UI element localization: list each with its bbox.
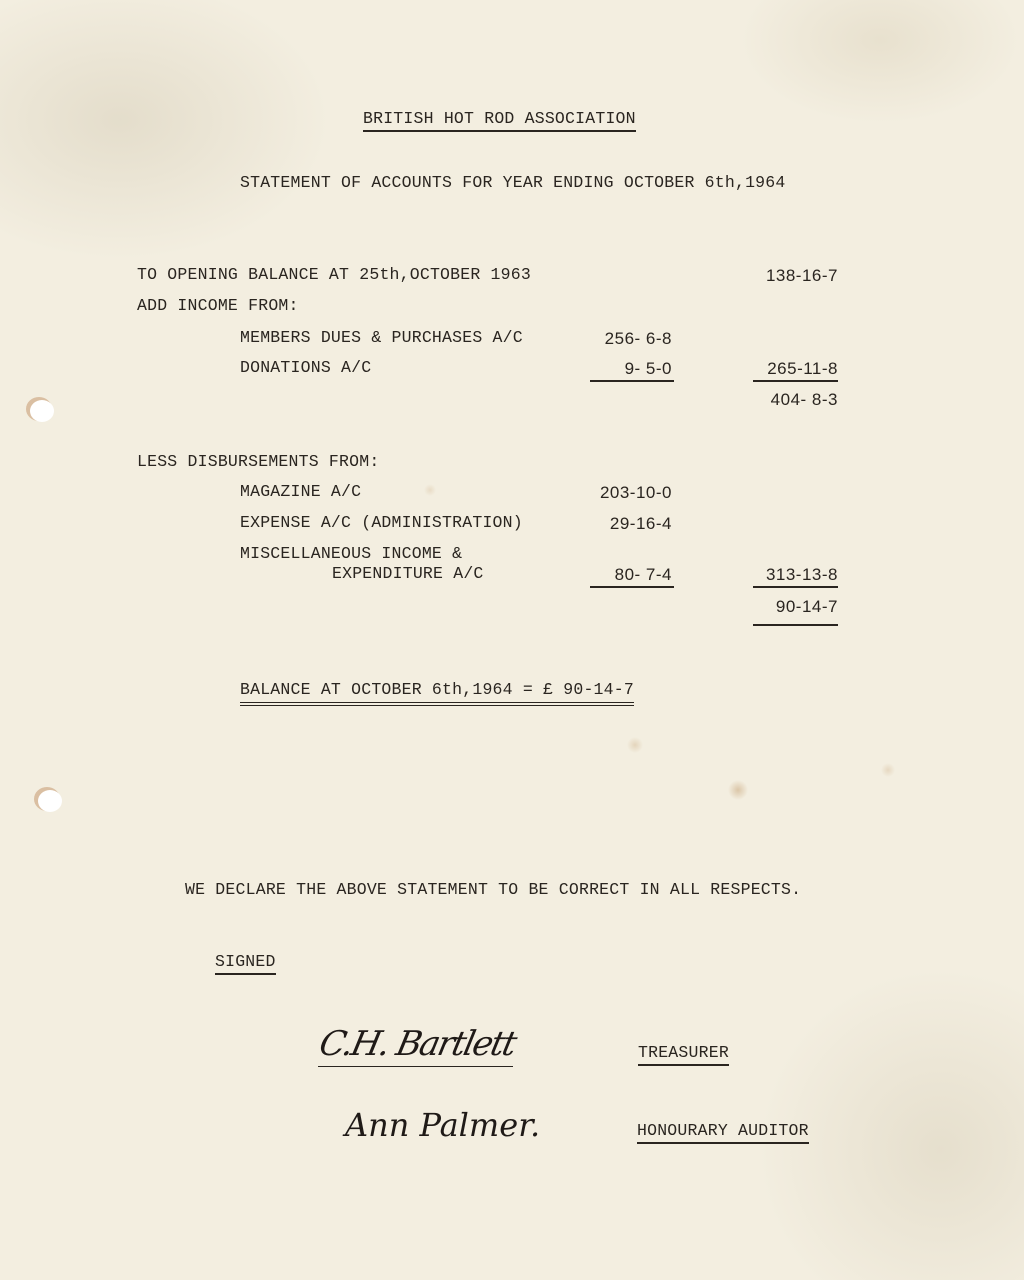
income-item-amount: 9- 5-0 (625, 360, 672, 377)
treasurer-signature: C.H. Bartlett (316, 1024, 519, 1064)
punch-hole-top (30, 400, 54, 422)
running-total: 404- 8-3 (771, 391, 838, 408)
treasurer-signature-line (318, 1066, 513, 1067)
opening-balance-label: TO OPENING BALANCE AT 25th,OCTOBER 1963 (137, 267, 531, 284)
disbursement-item-label: MISCELLANEOUS INCOME & (240, 546, 462, 563)
document-page: BRITISH HOT ROD ASSOCIATION STATEMENT OF… (0, 0, 1024, 1280)
auditor-role: HONOURARY AUDITOR (637, 1123, 809, 1144)
disbursement-item-amount: 29-16-4 (610, 515, 672, 532)
income-heading: ADD INCOME FROM: (137, 298, 299, 315)
declaration-text: WE DECLARE THE ABOVE STATEMENT TO BE COR… (185, 882, 801, 899)
disbursements-heading: LESS DISBURSEMENTS FROM: (137, 454, 379, 471)
disbursement-item-label-cont: EXPENDITURE A/C (332, 566, 484, 583)
disbursement-item-amount: 203-10-0 (600, 484, 672, 501)
net-balance: 90-14-7 (776, 598, 838, 615)
net-balance-underline (753, 624, 838, 626)
disbursement-item-label: EXPENSE A/C (ADMINISTRATION) (240, 515, 523, 532)
income-subtotal-underline (753, 380, 838, 382)
income-item-label: DONATIONS A/C (240, 360, 371, 377)
income-item-label: MEMBERS DUES & PURCHASES A/C (240, 330, 523, 347)
organization-title: BRITISH HOT ROD ASSOCIATION (363, 111, 636, 132)
treasurer-role: TREASURER (638, 1045, 729, 1066)
disbursements-subtotal: 313-13-8 (766, 566, 838, 583)
auditor-signature: Ann Palmer. (345, 1106, 540, 1144)
closing-balance: BALANCE AT OCTOBER 6th,1964 = £ 90-14-7 (240, 682, 634, 706)
punch-hole-bottom (38, 790, 62, 812)
disbursements-subtotal-underline (753, 586, 838, 588)
income-item-amount: 256- 6-8 (605, 330, 672, 347)
disbursement-item-amount: 80- 7-4 (615, 566, 672, 583)
statement-title: STATEMENT OF ACCOUNTS FOR YEAR ENDING OC… (240, 175, 786, 192)
disbursement-item-label: MAGAZINE A/C (240, 484, 361, 501)
income-items-underline (590, 380, 674, 382)
signed-label: SIGNED (215, 954, 276, 975)
disbursement-items-underline (590, 586, 674, 588)
income-subtotal: 265-11-8 (767, 360, 838, 377)
opening-balance-total: 138-16-7 (766, 267, 838, 284)
